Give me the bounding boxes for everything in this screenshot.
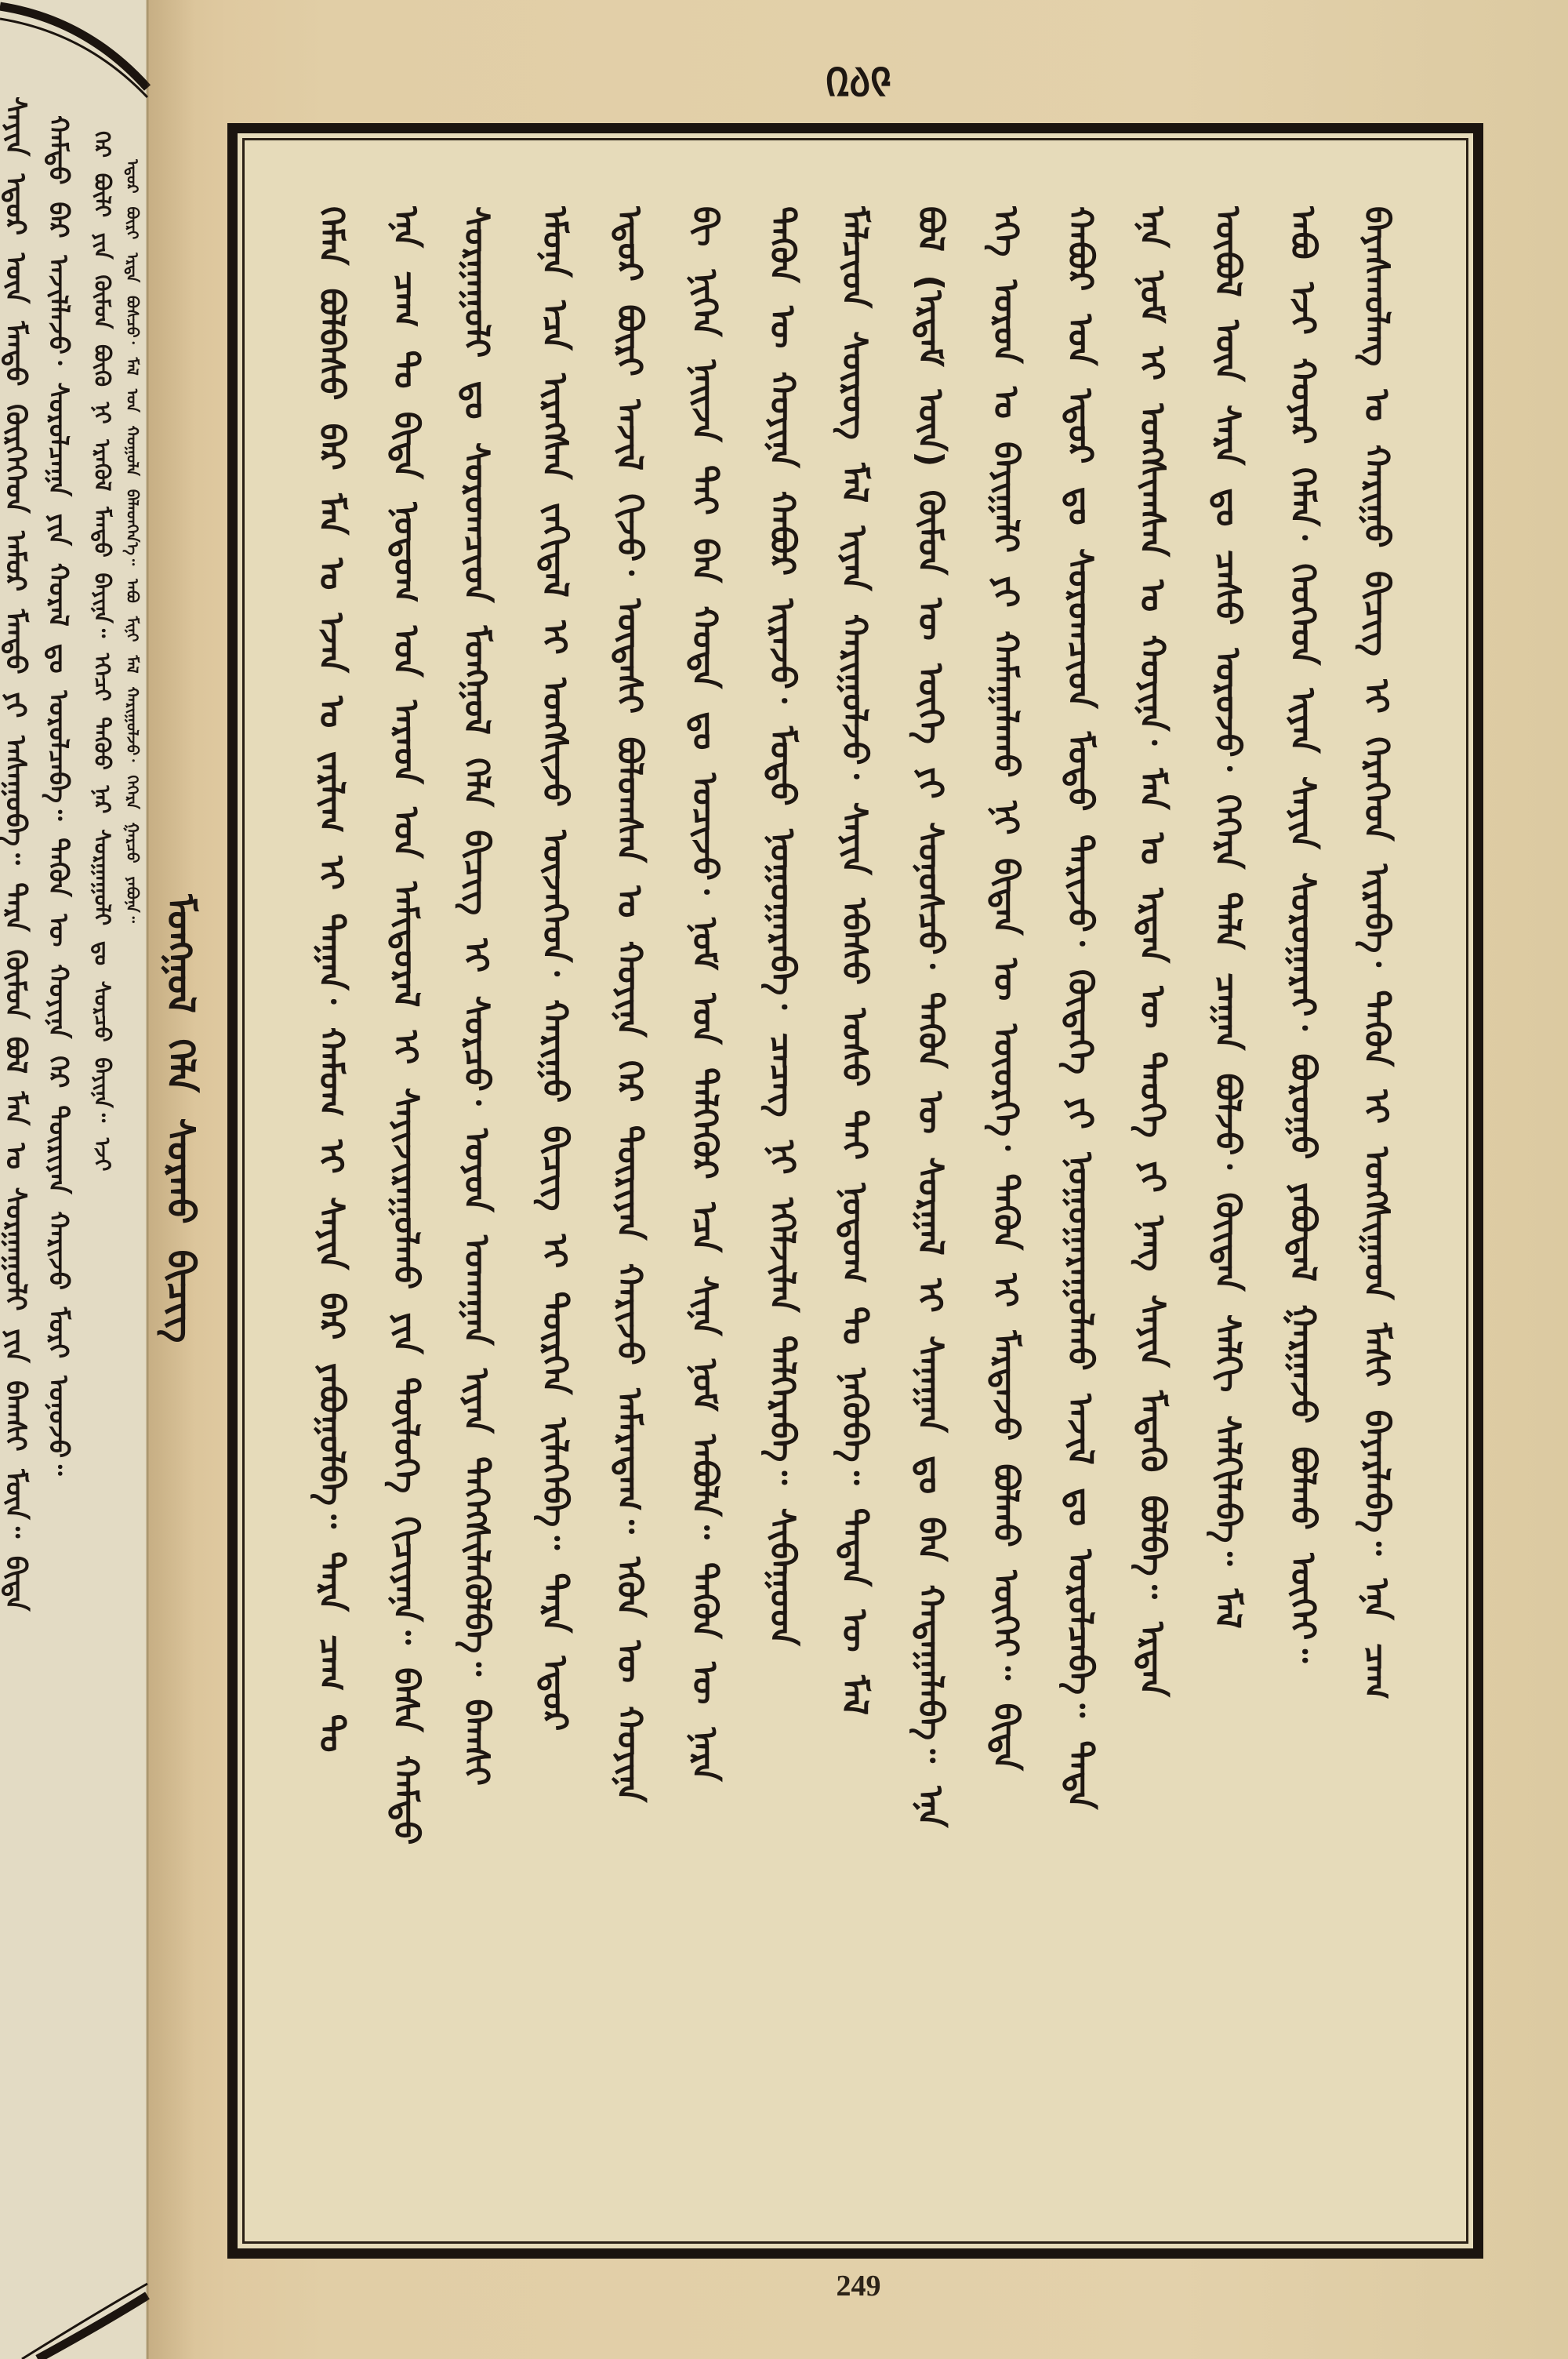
body-column-12: ᠡᠨᠡ ᠨᠣᠮ ᠢ ᠤᠩᠰᠢᠭᠰᠠᠨ ᠤ ᠬᠣᠶᠢᠨᠠ᠂ ᠮᠠᠨ ᠤ ᠡᠷᠲᠡᠨ… — [1127, 206, 1176, 2176]
body-column-4: ᠡᠮᠦᠨᠡ ᠡᠴᠡ ᠢᠷᠡᠭᠰᠡᠨ ᠵᠠᠬᠢᠳᠠᠯ ᠢ ᠤᠩᠰᠢᠵᠤ ᠦᠵᠡᠭᠡ… — [530, 206, 579, 2176]
page-number: 249 — [823, 2269, 894, 2303]
body-column-11: ᠬᠠᠪᠤᠷ ᠤᠨ ᠡᠳᠦᠷ ᠳᠤ ᠰᠤᠷᠤᠭᠴᠢᠳ ᠮᠣᠳᠤ ᠲᠠᠷᠢᠵᠤ᠂ ᠬ… — [1055, 206, 1104, 2176]
facing-page-column: ᠭᠡᠷ ᠪᠦᠯᠢ ᠶᠢᠨ ᠬᠦᠮᠦᠨ ᠪᠦᠬᠦ ᠨᠢ ᠡᠷᠡᠭᠦᠯ ᠮᠡᠨᠳᠦ … — [88, 131, 116, 2233]
facing-page-column: ᠰᠠᠶᠢᠨ ᠡᠳᠦᠷ ᠦᠨ ᠮᠡᠨᠳᠦ ᠬᠦᠷᠭᠡᠭᠡᠳ ᠠᠮᠤᠷ ᠮᠡᠨᠳᠦ … — [0, 96, 33, 2273]
body-column-2: ᠡᠨᠡ ᠴᠠᠭ ᠲᠤ ᠪᠢᠳᠡ ᠨᠤᠲᠤᠭ ᠤᠨ ᠠᠷᠠᠳ ᠤᠨ ᠠᠮᠢᠳᠤᠷᠠ… — [381, 206, 430, 2176]
body-column-3: ᠰᠤᠷᠭᠠᠭᠤᠯᠢ ᠳᠤ ᠰᠤᠷᠤᠭᠴᠢᠳ ᠮᠣᠩᠭᠣᠯ ᠬᠡᠯᠡ ᠪᠢᠴᠢᠭ … — [452, 206, 500, 2176]
body-column-15: ᠪᠠᠶᠠᠰᠬᠤᠯᠠᠩ ᠤ ᠬᠠᠷᠢᠭᠤ ᠪᠢᠴᠢᠭ ᠢ ᠭᠡᠷᠡᠭᠡᠳ ᠢᠷᠡᠪ… — [1352, 206, 1400, 2176]
body-column-14: ᠠᠪᠤ ᠡᠵᠢ ᠬᠣᠶᠠᠷ ᠬᠡᠮᠡᠨ᠂ ᠬᠡᠦᠬᠡᠳ ᠢᠶᠡᠨ ᠰᠠᠶᠢᠨ ᠰ… — [1278, 206, 1327, 2176]
body-column-1: ᠬᠡᠮᠡᠨ ᠪᠣᠯᠪᠠᠰᠤ ᠪᠠᠷ ᠮᠠᠨ ᠤ ᠡᠵᠡᠨ ᠤ ᠵᠠᠷᠯᠢᠭ ᠢ … — [307, 206, 355, 2176]
body-column-5: ᠡᠳᠦᠷ ᠪᠦᠷᠢ ᠠᠵᠢᠯ ᠬᠢᠵᠤ᠂ ᠦᠳᠡᠰᠢ ᠪᠣᠯᠤᠭᠰᠠᠨ ᠤ ᠬᠣ… — [604, 206, 653, 2176]
book-spread-photo: ᠰᠠᠶᠢᠨ ᠡᠳᠦᠷ ᠦᠨ ᠮᠡᠨᠳᠦ ᠬᠦᠷᠭᠡᠭᠡᠳ ᠠᠮᠤᠷ ᠮᠡᠨᠳᠦ … — [0, 0, 1568, 2359]
body-column-10: ᠡᠬᠡ ᠣᠷᠣᠨ ᠤ ᠪᠠᠶᠢᠭᠠᠯᠢ ᠶᠢ ᠬᠠᠮᠠᠭᠠᠯᠠᠬᠤ ᠨᠢ ᠪᠢᠳ… — [981, 206, 1029, 2176]
body-column-9: ᠪᠣᠯ (ᠡᠷᠳᠡᠮ ᠦᠨ) ᠬᠦᠮᠦᠨ ᠦ ᠦᠭᠡ ᠶᠢ ᠰᠣᠨᠣᠰᠴᠤ᠂ ᠲ… — [906, 206, 954, 2176]
body-column-7: ᠲᠡᠭᠦᠨ ᠦ ᠬᠣᠶᠢᠨᠠ ᠬᠠᠪᠤᠷ ᠢᠷᠡᠵᠦ᠂ ᠮᠣᠳᠤ ᠨᠣᠭᠤᠭᠠᠷ… — [757, 206, 806, 2176]
facing-page-text: ᠰᠠᠶᠢᠨ ᠡᠳᠦᠷ ᠦᠨ ᠮᠡᠨᠳᠦ ᠬᠦᠷᠭᠡᠭᠡᠳ ᠠᠮᠤᠷ ᠮᠡᠨᠳᠦ … — [0, 0, 147, 2359]
body-column-8: ᠮᠠᠯᠴᠢᠳ ᠰᠦᠷᠦᠭ ᠮᠠᠯ ᠢᠶᠠᠨ ᠬᠠᠷᠢᠭᠤᠯᠵᠤ᠂ ᠰᠠᠶᠢᠨ ᠡ… — [829, 206, 878, 2176]
running-head-numeral: ᠒᠔᠙ — [808, 55, 909, 110]
body-column-13: ᠦᠪᠦᠯ ᠦᠨ ᠰᠠᠷᠠ ᠳᠤ ᠴᠠᠰᠤ ᠤᠷᠤᠵᠤ᠂ ᠬᠡᠭᠡᠷᠡ ᠲᠠᠯᠠ … — [1203, 206, 1251, 2176]
side-title: ᠮᠣᠩᠭᠣᠯ ᠬᠡᠯᠡ ᠰᠤᠷᠬᠤ ᠪᠢᠴᠢᠭ — [157, 894, 204, 1478]
body-column-6: ᠪᠢ ᠨᠢᠭᠡᠨ ᠨᠠᠢᠵᠠ ᠲᠠᠢ ᠪᠠᠨ ᠬᠣᠲᠠ ᠳᠤ ᠣᠴᠢᠵᠤ᠂ ᠨᠣ… — [680, 206, 728, 2176]
facing-page-column: ᠬᠠᠮᠲᠤ ᠪᠠᠷ ᠠᠵᠢᠯᠯᠠᠵᠤ᠂ ᠰᠤᠷᠤᠯᠴᠠᠭᠠ ᠶᠢᠨ ᠬᠤᠷᠠᠯ … — [41, 115, 75, 2256]
facing-page-column: ᠡᠳᠦᠷ ᠪᠦᠷᠢ ᠡᠷᠲᠡ ᠪᠤᠰᠴᠤ᠂ ᠮᠠᠯ ᠤᠨ ᠬᠣᠭᠤᠯᠠ ᠪᠡᠯᠡ… — [122, 159, 143, 2214]
